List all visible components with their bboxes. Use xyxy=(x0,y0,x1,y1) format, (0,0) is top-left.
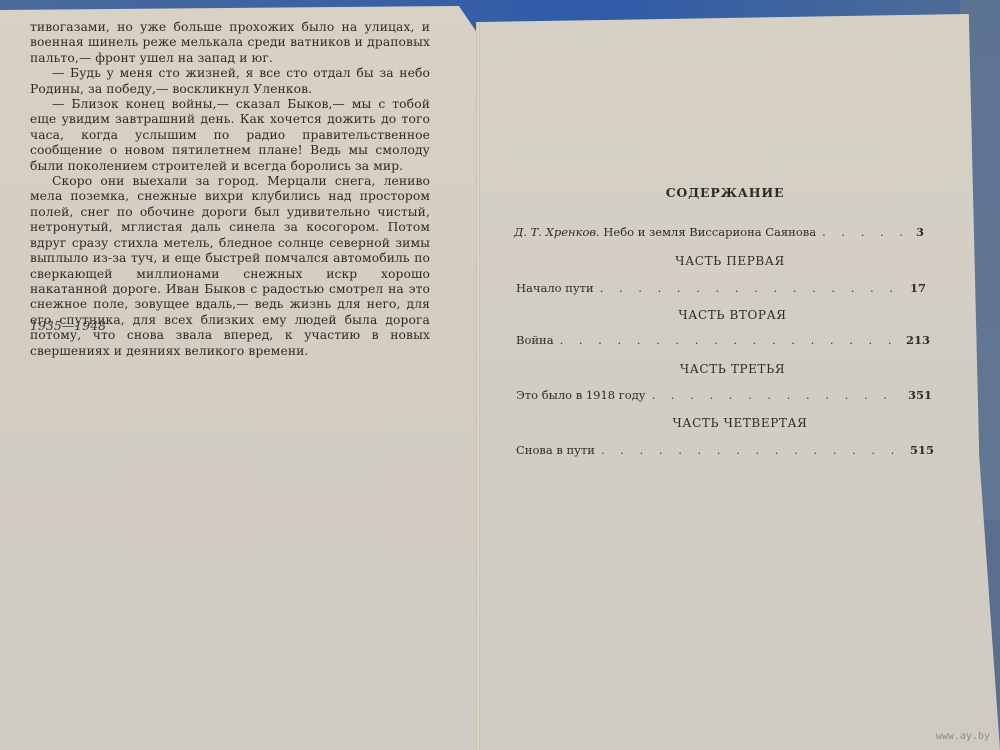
dot-leader: . . . . . . . . . . . . . . . . . . . . … xyxy=(601,443,904,457)
dot-leader: . . . . . . . . . . . . . . . . . . . . … xyxy=(600,281,904,295)
dot-leader: . . . . . . . . . . . . . . . . . . . . … xyxy=(822,225,910,239)
toc-entry: Начало пути . . . . . . . . . . . . . . … xyxy=(516,281,926,295)
toc-entry-label: Небо и земля Виссариона Саянова xyxy=(603,225,816,239)
paragraph: тивогазами, но уже больше прохожих было … xyxy=(30,20,430,66)
toc-title: СОДЕРЖАНИЕ xyxy=(480,185,970,200)
paragraph: — Будь у меня сто жизней, я все сто отда… xyxy=(30,66,430,97)
toc-entry-label: Война xyxy=(516,333,554,347)
toc-entry: Это было в 1918 году . . . . . . . . . .… xyxy=(516,388,932,402)
part-heading: ЧАСТЬ ЧЕТВЕРТАЯ xyxy=(500,416,980,430)
book-gutter xyxy=(476,22,480,750)
toc-page-number: 515 xyxy=(910,443,934,457)
toc-page-number: 351 xyxy=(908,388,932,402)
watermark: www.ay.by xyxy=(936,731,990,742)
composition-dates: 1935—1948 xyxy=(30,318,106,333)
toc-entry-label: Начало пути xyxy=(516,281,594,295)
right-page xyxy=(480,14,1000,750)
toc-entry-label: Снова в пути xyxy=(516,443,595,457)
part-heading: ЧАСТЬ ПЕРВАЯ xyxy=(500,254,960,268)
toc-page-number: 17 xyxy=(910,281,926,295)
toc-entry: Война . . . . . . . . . . . . . . . . . … xyxy=(516,333,930,347)
dot-leader: . . . . . . . . . . . . . . . . . . . . … xyxy=(560,333,900,347)
dot-leader: . . . . . . . . . . . . . . . . . . . . … xyxy=(652,388,902,402)
paragraph: — Близок конец войны,— сказал Быков,— мы… xyxy=(30,97,430,174)
part-heading: ЧАСТЬ ТРЕТЬЯ xyxy=(500,362,965,376)
toc-entry-intro: Д. Т. Хренков. Небо и земля Виссариона С… xyxy=(514,225,924,239)
toc-entry-label: Это было в 1918 году xyxy=(516,388,646,402)
part-heading: ЧАСТЬ ВТОРАЯ xyxy=(500,308,965,322)
left-page-text: тивогазами, но уже больше прохожих было … xyxy=(30,20,430,359)
toc-entry: Снова в пути . . . . . . . . . . . . . .… xyxy=(516,443,934,457)
toc-page-number: 3 xyxy=(916,225,924,239)
toc-page-number: 213 xyxy=(906,333,930,347)
toc-author: Д. Т. Хренков. xyxy=(514,225,600,239)
